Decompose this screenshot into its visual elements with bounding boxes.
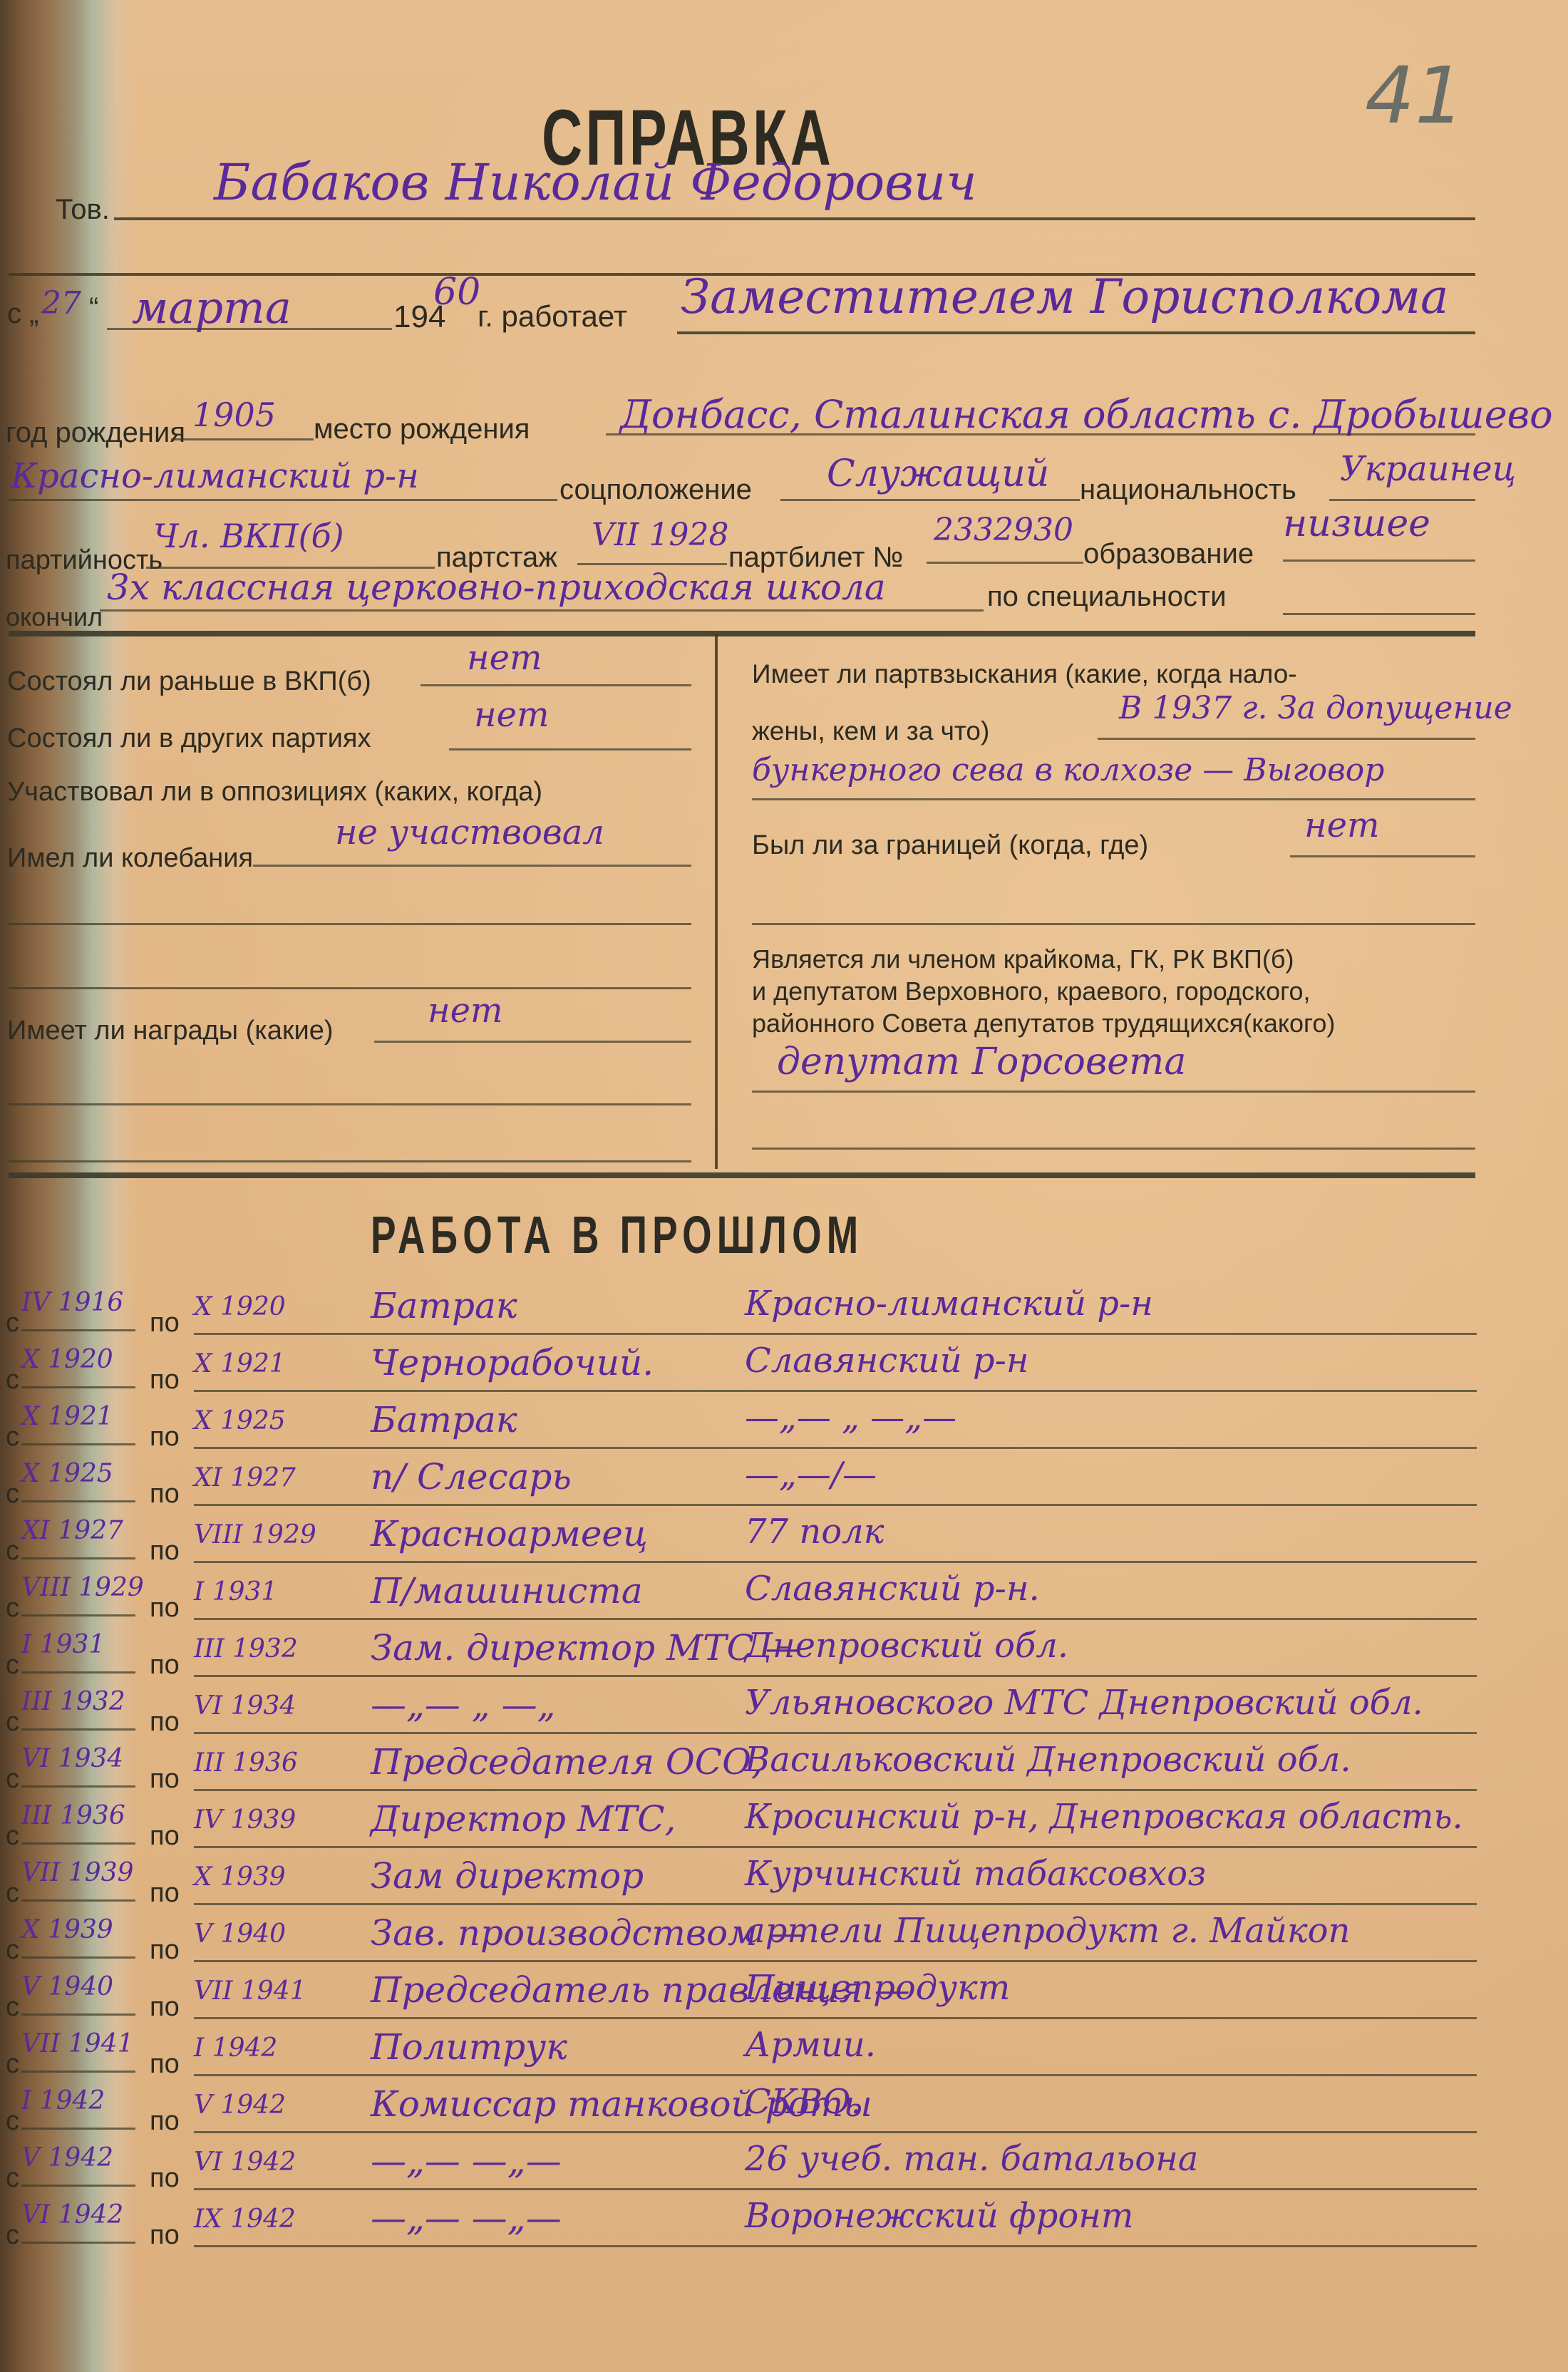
line [194,2188,1477,2190]
line [194,1903,1477,1905]
to-prefix: по [150,1308,180,1339]
member-label: Является ли членом крайкома, ГК, РК ВКП(… [752,944,1294,974]
penalties-answer-cont: бункерного сева в колхозе — Выговор [752,752,1384,788]
to-date: VIII 1929 [194,1520,316,1549]
line [194,1675,1477,1677]
job-position: —„— —„— [371,2197,562,2239]
abroad-label: Был ли за границей (когда, где) [752,830,1148,861]
to-date: III 1936 [194,1748,298,1778]
specialty-label: по специальности [987,581,1227,613]
line [21,1842,135,1845]
from-prefix: с [6,1935,19,1966]
job-place: —„— „ —„— [745,1398,956,1438]
education: низшее [1283,502,1430,545]
since-suffix: г. работает [478,299,627,334]
job-place: Днепровский обл. [745,1626,1068,1666]
line [9,1160,691,1162]
to-date: X 1921 [194,1349,286,1378]
to-prefix: по [150,1707,180,1738]
from-date: I 1931 [21,1630,105,1659]
to-date: I 1931 [194,1577,277,1607]
question-label: Состоял ли раньше в ВКП(б) [7,666,371,697]
line [752,923,1475,925]
since-month: марта [132,282,292,334]
from-prefix: с [6,2220,19,2251]
line [752,1090,1475,1093]
job-position: Зам. директор МТС — [371,1627,801,1669]
to-prefix: по [150,1365,180,1396]
line [21,1557,135,1559]
comrade-name: Бабаков Николай Федорович [214,153,977,212]
to-prefix: по [150,1536,180,1567]
party-card-number: 2332930 [934,512,1073,548]
from-prefix: с [6,1764,19,1795]
line [9,987,691,989]
penalties-answer: В 1937 г. За допущение [1119,690,1512,726]
line [1098,738,1475,740]
line [21,1329,135,1331]
party: Чл. ВКП(б) [153,517,344,555]
to-date: I 1942 [194,2033,277,2063]
job-place: Курчинский табаксовхоз [745,1854,1206,1894]
education-label: образование [1083,538,1254,570]
job-position: Чернорабочий. [371,1342,654,1383]
job-position: Батрак [371,1399,517,1440]
to-date: V 1940 [194,1919,286,1949]
birth-year: 1905 [192,396,276,434]
job-place: СКВО. [745,2082,862,2122]
to-date: IX 1942 [194,2205,296,2234]
job-place: Славянский р-н [745,1341,1028,1381]
line [194,1618,1477,1620]
line [194,1789,1477,1791]
line [1329,499,1475,501]
line [171,438,314,440]
line [9,499,557,501]
nationality: Украинец [1340,449,1516,489]
from-date: VI 1942 [21,2200,123,2229]
from-date: IV 1916 [21,1288,123,1317]
job-place: Армии. [745,2025,876,2065]
to-prefix: по [150,2106,180,2137]
to-date: III 1932 [194,1634,298,1664]
from-prefix: с [6,1479,19,1510]
line [752,798,1475,800]
line [21,1728,135,1731]
social-label: соцположение [559,474,752,506]
line [374,1041,691,1043]
from-prefix: с [6,1992,19,2023]
page-number: 41 [1365,50,1465,141]
from-date: XI 1927 [21,1516,123,1545]
line [21,1443,135,1445]
question-answer: не участвовал [335,813,604,852]
line [780,499,1080,501]
to-date: VI 1942 [194,2147,296,2177]
job-place: —„—/— [745,1455,877,1495]
graduated-label: окончил [6,602,103,632]
penalties-label: Имеет ли партвзыскания (какие, когда нал… [752,659,1297,689]
job-place: Славянский р-н. [745,1569,1040,1609]
line [577,563,727,565]
from-prefix: с [6,2049,19,2080]
section-divider [9,631,1475,636]
from-prefix: с [6,2163,19,2194]
to-date: XI 1927 [194,1463,296,1492]
line [194,2017,1477,2019]
from-prefix: с [6,1308,19,1339]
since-prefix: с „ [7,298,38,330]
to-date: X 1920 [194,1292,286,1321]
to-date: X 1939 [194,1862,286,1892]
job-position: Батрак [371,1285,517,1326]
from-date: VIII 1929 [21,1573,144,1602]
since-day: 27 [41,285,81,321]
line [21,2128,135,2130]
member-label-cont2: районного Совета депутатов трудящихся(ка… [752,1009,1335,1038]
line [21,1386,135,1388]
line [21,1899,135,1902]
job-place: Кросинский р-н, Днепровская область. [745,1797,1463,1837]
line [21,1671,135,1674]
line [21,2013,135,2016]
line [677,331,1475,334]
job-position: П/машиниста [371,1570,643,1612]
line [927,562,1083,564]
to-prefix: по [150,2220,180,2251]
birthplace: Донбасс, Сталинская область с. Дробышево [620,392,1553,437]
to-prefix: по [150,1878,180,1909]
work-history-title: РАБОТА В ПРОШЛОМ [371,1205,863,1265]
member-answer: депутат Горсовета [777,1041,1186,1083]
line [449,748,691,751]
to-prefix: по [150,1764,180,1795]
job-position: п/ Слесарь [371,1456,572,1497]
line [1283,613,1475,615]
line [421,684,691,686]
party-since: VII 1928 [592,517,729,553]
to-prefix: по [150,2163,180,2194]
current-position: Заместителем Горисполкома [681,269,1448,324]
from-prefix: с [6,1365,19,1396]
job-place: Васильковский Днепровский обл. [745,1740,1351,1780]
from-date: III 1936 [21,1801,125,1830]
from-date: VI 1934 [21,1744,123,1773]
question-label: Имеет ли награды (какие) [7,1016,334,1046]
from-date: X 1925 [21,1459,113,1488]
from-prefix: с [6,2106,19,2137]
line [21,1956,135,1959]
job-position: Зам директор [371,1855,644,1897]
to-prefix: по [150,1650,180,1681]
job-position: Зав. производством — [371,1912,805,1954]
since-quote: “ [89,292,98,324]
to-prefix: по [150,1992,180,2023]
column-divider [715,634,718,1169]
from-date: X 1939 [21,1915,113,1944]
line [194,1960,1477,1962]
line [114,217,1475,220]
line [194,1561,1477,1563]
from-date: X 1921 [21,1402,113,1431]
job-position: —„— —„— [371,2140,562,2182]
job-position: Политрук [371,2026,567,2068]
abroad-answer: нет [1304,805,1380,845]
to-prefix: по [150,1479,180,1510]
line [21,2185,135,2187]
line [194,1846,1477,1848]
job-place: 26 учеб. тан. батальона [745,2139,1198,2179]
social-status: Служащий [827,453,1049,495]
line [21,2242,135,2244]
line [9,923,691,925]
to-prefix: по [150,1935,180,1966]
question-label: Участвовал ли в оппозициях (каких, когда… [7,777,542,808]
graduated-school: 3х классная церковно-приходская школа [107,567,886,608]
line [752,1148,1475,1150]
job-place: артели Пищепродукт г. Майкоп [745,1911,1350,1951]
to-date: V 1942 [194,2090,286,2120]
birth-year-label: год рождения [6,417,185,449]
to-date: VII 1941 [194,1976,306,2006]
line [194,1447,1477,1449]
from-prefix: с [6,1878,19,1909]
question-answer: нет [428,991,503,1031]
line [253,865,691,867]
line [194,1390,1477,1392]
birthplace-label: место рождения [314,413,530,445]
birthplace-continued: Красно-лиманский р-н [11,456,419,496]
nationality-label: национальность [1080,474,1296,506]
from-date: V 1940 [21,1972,113,2001]
from-prefix: с [6,1821,19,1852]
line [21,1500,135,1502]
section-divider [9,1172,1475,1178]
question-label: Имел ли колебания [7,843,253,874]
job-place: Воронежский фронт [745,2196,1133,2236]
line [21,1614,135,1616]
line [194,1504,1477,1506]
to-prefix: по [150,1422,180,1453]
from-date: III 1932 [21,1687,125,1716]
job-place: Ульяновского МТС Днепровский обл. [745,1683,1423,1723]
to-prefix: по [150,2049,180,2080]
to-date: X 1925 [194,1406,286,1435]
line [100,609,984,612]
line [606,433,1475,435]
to-prefix: по [150,1821,180,1852]
job-place: Красно-лиманский р-н [745,1284,1153,1324]
comrade-label: Тов. [56,194,110,226]
line [21,2071,135,2073]
to-date: VI 1934 [194,1691,296,1721]
line [9,1103,691,1105]
job-position: Директор МТС, [371,1798,676,1840]
member-label-cont: и депутатом Верховного, краевого, городс… [752,976,1311,1006]
line [194,2074,1477,2076]
job-place: Пищепродукт [745,1968,1010,2008]
to-date: IV 1939 [194,1805,296,1835]
from-date: X 1920 [21,1345,113,1374]
line [194,2245,1477,2247]
line [194,2131,1477,2133]
from-prefix: с [6,1707,19,1738]
job-position: —„— „ —„ [371,1684,556,1726]
from-date: I 1942 [21,2086,105,2115]
job-place: 77 полк [745,1512,884,1552]
from-prefix: с [6,1422,19,1453]
job-position: Красноармеец [371,1513,648,1554]
binding-shadow [0,0,135,2372]
job-position: Председателя ОСО, [371,1741,763,1783]
from-date: VII 1939 [21,1858,134,1887]
question-label: Состоял ли в других партиях [7,723,371,754]
from-prefix: с [6,1536,19,1567]
question-answer: нет [474,695,550,735]
from-date: VII 1941 [21,2029,134,2058]
since-year-handwritten: 60 [433,271,480,314]
line [1283,560,1475,562]
penalties-label-cont: жены, кем и за что) [752,716,989,746]
line [194,1333,1477,1335]
line [1290,855,1475,857]
to-prefix: по [150,1593,180,1624]
line [194,1732,1477,1734]
paper-background [0,0,1568,2372]
from-prefix: с [6,1593,19,1624]
from-date: V 1942 [21,2143,113,2172]
line [107,328,392,330]
from-prefix: с [6,1650,19,1681]
question-answer: нет [467,638,542,678]
line [21,1785,135,1788]
